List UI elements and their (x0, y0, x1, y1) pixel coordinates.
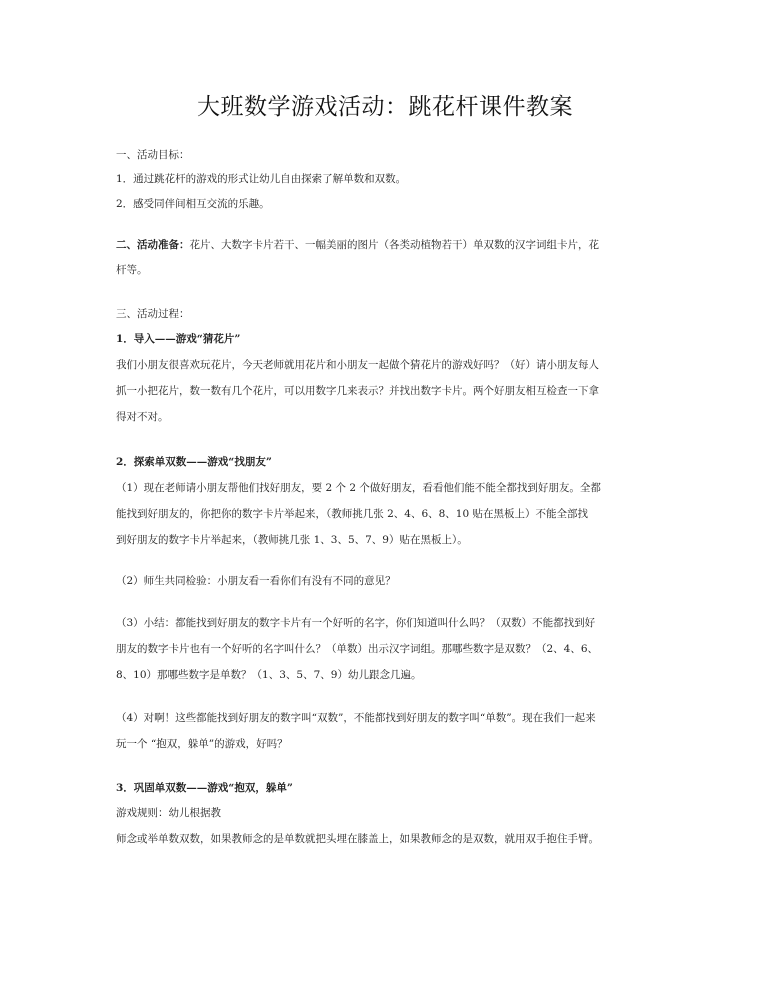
preparation-heading: 二、活动准备： (116, 239, 190, 251)
step3-line-2: 师念或举单数双数，如果教师念的是单数就把头埋在膝盖上，如果教师念的是双数，就用双… (116, 832, 661, 846)
step3-line-1: 游戏规则：幼儿根据教 (116, 806, 661, 820)
step2-p1-line-3: 到好朋友的数字卡片举起来，（教师挑几张 1、3、5、7、9）贴在黑板上）。 (116, 533, 661, 547)
goal-item-1: 1．通过跳花杆的游戏的形式让幼儿自由探索了解单数和双数。 (116, 172, 661, 186)
step2-p4-line-1: （4）对啊！这些都能找到好朋友的数字叫“双数”，不能都找到好朋友的数字叫“单数”… (116, 711, 661, 725)
step2-p1-line-2: 能找到好朋友的，你把你的数字卡片举起来，（教师挑几张 2、4、6、8、10 贴在… (116, 507, 661, 521)
step3-heading: 3．巩固单双数——游戏“抱双，躲单” (116, 781, 661, 795)
preparation-paragraph: 二、活动准备：花片、大数字卡片若干、一幅美丽的图片（各类动植物若干）单双数的汉字… (116, 238, 661, 252)
step1-heading: 1．导入——游戏“猜花片” (116, 332, 661, 346)
step1-line-3: 得对不对。 (116, 410, 661, 424)
goal-item-2: 2．感受同伴间相互交流的乐趣。 (116, 197, 661, 211)
preparation-text: 花片、大数字卡片若干、一幅美丽的图片（各类动植物若干）单双数的汉字词组卡片，花 (190, 239, 600, 251)
step2-p2-line-1: （2）师生共同检验：小朋友看一看你们有没有不同的意见？ (116, 574, 661, 588)
step2-p4-line-2: 玩一个 “抱双，躲单”的游戏，好吗？ (116, 737, 661, 751)
process-heading: 三、活动过程： (116, 307, 661, 321)
step2-p1-line-1: （1）现在老师请小朋友帮他们找好朋友，要 2 个 2 个做好朋友，看看他们能不能… (116, 481, 661, 495)
document-title: 大班数学游戏活动：跳花杆课件教案 (0, 88, 770, 121)
step1-line-2: 抓一小把花片，数一数有几个花片，可以用数字几来表示？并找出数字卡片。两个好朋友相… (116, 384, 661, 398)
step2-p3-line-1: （3）小结：都能找到好朋友的数字卡片有一个好听的名字，你们知道叫什么吗？（双数）… (116, 616, 661, 630)
step2-p3-line-3: 8、10）那哪些数字是单数？（1、3、5、7、9）幼儿跟念几遍。 (116, 668, 661, 682)
step1-line-1: 我们小朋友很喜欢玩花片，今天老师就用花片和小朋友一起做个猜花片的游戏好吗？（好）… (116, 358, 661, 372)
document-page: 大班数学游戏活动：跳花杆课件教案 一、活动目标： 1．通过跳花杆的游戏的形式让幼… (0, 0, 770, 1000)
step2-p3-line-2: 朋友的数字卡片也有一个好听的名字叫什么？（单数）出示汉字词组。那哪些数字是双数？… (116, 642, 661, 656)
preparation-text-cont: 杆等。 (116, 263, 661, 277)
step2-heading: 2．探索单双数——游戏“找朋友” (116, 455, 661, 469)
goals-heading: 一、活动目标： (116, 148, 661, 162)
